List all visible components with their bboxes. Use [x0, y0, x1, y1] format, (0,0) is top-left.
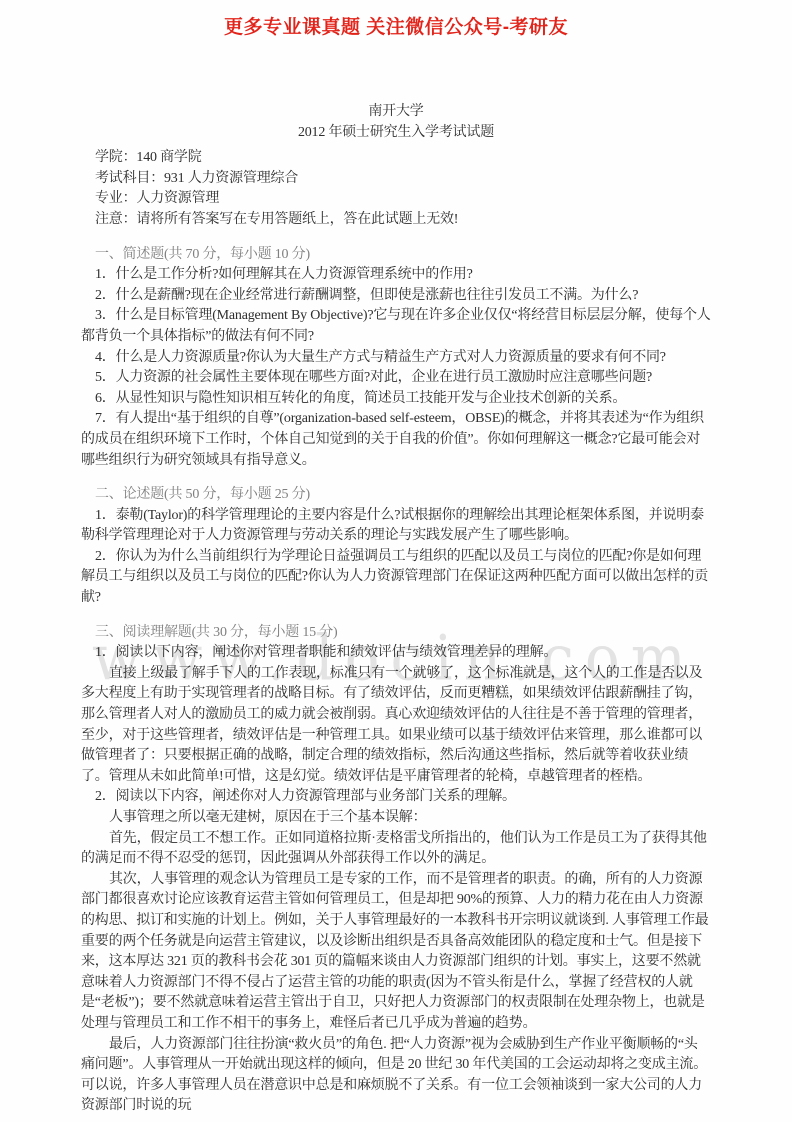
passage-paragraph: 首先，假定员工不想工作。正如同道格拉斯·麦格雷戈所指出的，他们认为工作是员工为了…	[81, 829, 711, 870]
question-item: 2．阅读以下内容，阐述你对人力资源管理部与业务部门关系的理解。	[81, 787, 711, 808]
question-item: 7．有人提出“基于组织的自尊”(organization-based self-…	[81, 409, 711, 471]
exam-paper-page: 更多专业课真题 关注微信公众号-考研友 www.docin.com 南开大学 2…	[0, 0, 792, 1122]
exam-info-block: 学院：140 商学院 考试科目：931 人力资源管理综合 专业：人力资源管理 注…	[81, 148, 711, 230]
info-line-major: 专业：人力资源管理	[81, 189, 711, 210]
question-item: 5．人力资源的社会属性主要体现在哪些方面?对此，企业在进行员工激励时应注意哪些问…	[81, 368, 711, 389]
section-heading: 一、简述题(共 70 分，每小题 10 分)	[81, 245, 711, 266]
info-line-subject: 考试科目：931 人力资源管理综合	[81, 169, 711, 190]
document-body: 南开大学 2012 年硕士研究生入学考试试题 学院：140 商学院 考试科目：9…	[81, 102, 711, 1117]
question-item: 3．什么是目标管理(Management By Objective)?它与现在许…	[81, 306, 711, 347]
passage-paragraph: 直接上级最了解手下人的工作表现，标准只有一个就够了，这个标准就是，这个人的工作是…	[81, 664, 711, 788]
question-item: 1．什么是工作分析?如何理解其在人力资源管理系统中的作用?	[81, 265, 711, 286]
passage-paragraph: 人事管理之所以毫无建树，原因在于三个基本误解：	[81, 808, 711, 829]
university-title: 南开大学	[81, 102, 711, 123]
info-line-notice: 注意：请将所有答案写在专用答题纸上，答在此试题上无效!	[81, 210, 711, 231]
question-item: 2．你认为为什么当前组织行为学理论日益强调员工与组织的匹配以及员工与岗位的匹配?…	[81, 547, 711, 609]
section-short-answer: 一、简述题(共 70 分，每小题 10 分) 1．什么是工作分析?如何理解其在人…	[81, 245, 711, 472]
exam-title: 2012 年硕士研究生入学考试试题	[81, 123, 711, 144]
question-item: 2．什么是薪酬?现在企业经常进行薪酬调整，但即使是涨薪也往往引发员工不满。为什么…	[81, 286, 711, 307]
section-heading: 三、阅读理解题(共 30 分，每小题 15 分)	[81, 623, 711, 644]
question-item: 1．泰勒(Taylor)的科学管理理论的主要内容是什么?试根据你的理解绘出其理论…	[81, 506, 711, 547]
passage-paragraph: 其次，人事管理的观念认为管理员工是专家的工作，而不是管理者的职责。的确，所有的人…	[81, 870, 711, 1035]
section-heading: 二、论述题(共 50 分，每小题 25 分)	[81, 485, 711, 506]
question-item: 4．什么是人力资源质量?你认为大量生产方式与精益生产方式对人力资源质量的要求有何…	[81, 348, 711, 369]
question-item: 6．从显性知识与隐性知识相互转化的角度，简述员工技能开发与企业技术创新的关系。	[81, 389, 711, 410]
question-item: 1．阅读以下内容，阐述你对管理者职能和绩效评估与绩效管理差异的理解。	[81, 643, 711, 664]
passage-paragraph: 最后，人力资源部门往往扮演“救火员”的角色. 把“人力资源”视为会威胁到生产作业…	[81, 1035, 711, 1117]
promo-banner-text: 更多专业课真题 关注微信公众号-考研友	[0, 12, 792, 39]
section-essay: 二、论述题(共 50 分，每小题 25 分) 1．泰勒(Taylor)的科学管理…	[81, 485, 711, 609]
info-line-college: 学院：140 商学院	[81, 148, 711, 169]
section-reading-comprehension: 三、阅读理解题(共 30 分，每小题 15 分) 1．阅读以下内容，阐述你对管理…	[81, 623, 711, 1117]
